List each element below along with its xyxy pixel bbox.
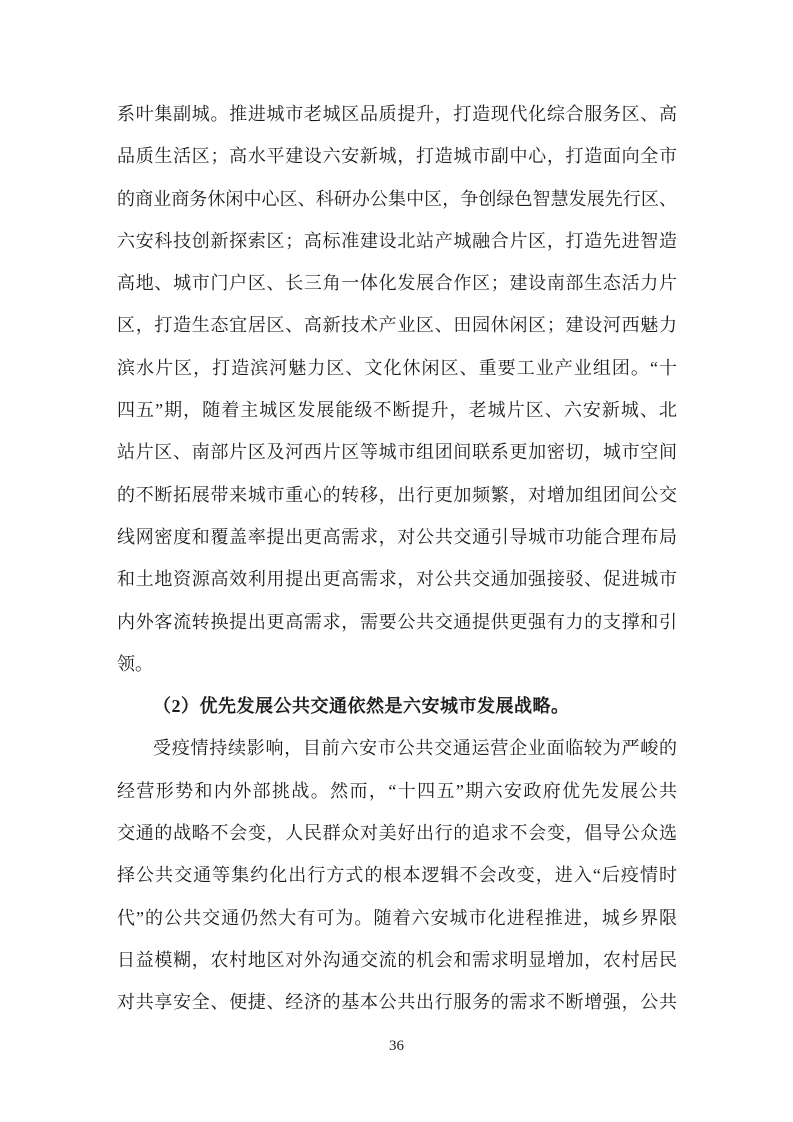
paragraph-line: 线网密度和覆盖率提出更高需求，对公共交通引导城市功能合理布局 [117,516,677,558]
paragraph-line: 站片区、南部片区及河西片区等城市组团间联系更加密切，城市空间 [117,431,677,473]
paragraph-line: 择公共交通等集约化出行方式的根本逻辑不会改变，进入“后疫情时 [117,854,677,896]
paragraph-line: 区，打造生态宜居区、高新技术产业区、田园休闲区；建设河西魅力 [117,304,677,346]
paragraph-line: 代”的公共交通仍然大有可为。随着六安城市化进程推进，城乡界限 [117,897,677,939]
page-number: 36 [0,1036,793,1056]
paragraph-line: 和土地资源高效利用提出更高需求，对公共交通加强接驳、促进城市 [117,558,677,600]
paragraph-line: 的商业商务休闲中心区、科研办公集中区，争创绿色智慧发展先行区、 [117,178,677,220]
paragraph-line: 领。 [117,643,677,685]
document-page: 系叶集副城。推进城市老城区品质提升，打造现代化综合服务区、高 品质生活区；高水平… [0,0,793,1122]
paragraph-line: 六安科技创新探索区；高标准建设北站产城融合片区，打造先进智造 [117,220,677,262]
section-heading: （2）优先发展公共交通依然是六安城市发展战略。 [117,685,677,727]
paragraph-line: 四五”期，随着主城区发展能级不断提升，老城片区、六安新城、北 [117,389,677,431]
paragraph-line: 系叶集副城。推进城市老城区品质提升，打造现代化综合服务区、高 [117,93,677,135]
paragraph-line: 交通的战略不会变，人民群众对美好出行的追求不会变，倡导公众选 [117,812,677,854]
paragraph-line: 的不断拓展带来城市重心的转移，出行更加频繁，对增加组团间公交 [117,474,677,516]
paragraph-line: 内外客流转换提出更高需求，需要公共交通提供更强有力的支撑和引 [117,601,677,643]
paragraph-line: 受疫情持续影响，目前六安市公共交通运营企业面临较为严峻的 [117,727,677,769]
paragraph-line: 对共享安全、便捷、经济的基本公共出行服务的需求不断增强，公共 [117,981,677,1023]
document-body: 系叶集副城。推进城市老城区品质提升，打造现代化综合服务区、高 品质生活区；高水平… [117,93,677,1024]
paragraph-line: 经营形势和内外部挑战。然而，“十四五”期六安政府优先发展公共 [117,770,677,812]
paragraph-line: 高地、城市门户区、长三角一体化发展合作区；建设南部生态活力片 [117,262,677,304]
paragraph-line: 滨水片区，打造滨河魅力区、文化休闲区、重要工业产业组团。“十 [117,347,677,389]
paragraph-line: 日益模糊，农村地区对外沟通交流的机会和需求明显增加，农村居民 [117,939,677,981]
paragraph-line: 品质生活区；高水平建设六安新城，打造城市副中心，打造面向全市 [117,135,677,177]
